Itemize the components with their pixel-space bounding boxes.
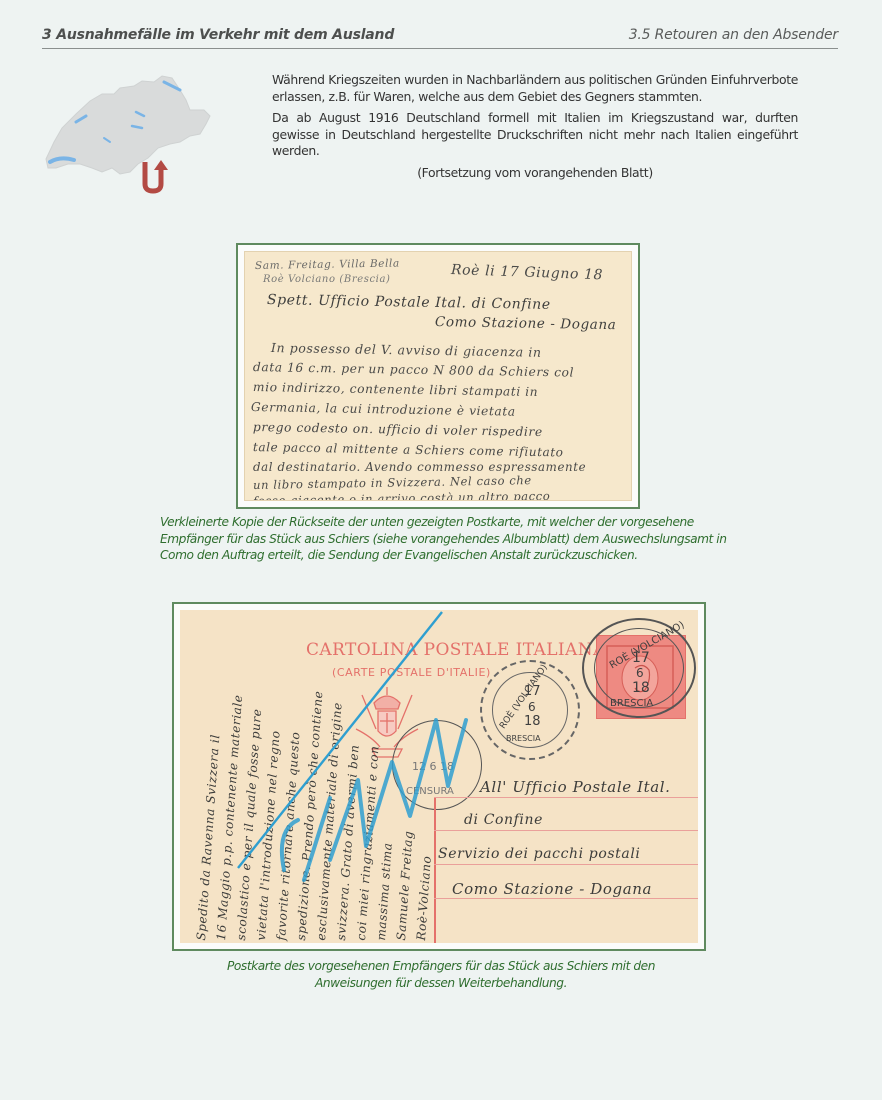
postmark-month: 6 — [528, 700, 536, 714]
section-title: 3.5 Retouren an den Absender — [629, 27, 838, 43]
u-turn-arrow-icon — [145, 160, 168, 191]
address-rule — [434, 830, 698, 831]
side-message-line: Samuele Freitag — [394, 830, 416, 941]
handwriting-line: prego codesto on. ufficio di voler rispe… — [253, 420, 543, 439]
postcard-front-image: CARTOLINA POSTALE ITALIANA (CARTE POSTAL… — [172, 602, 706, 951]
page-header: 3 Ausnahmefälle im Verkehr mit dem Ausla… — [42, 26, 838, 49]
handwriting-line: mio indirizzo, contenente libri stampati… — [253, 380, 538, 399]
side-message-line: massima stima — [374, 842, 395, 941]
postmark-year: 18 — [632, 680, 650, 696]
caption-front: Postkarte des vorgesehenen Empfängers fü… — [200, 958, 682, 991]
switzerland-map-icon — [40, 64, 220, 194]
postcard-title: CARTOLINA POSTALE ITALIANA — [306, 640, 606, 660]
postmark-day: 17 — [524, 684, 541, 699]
postcard-back-handwriting: Sam. Freitag. Villa BellaRoè Volciano (B… — [244, 251, 632, 501]
handwriting-line: data 16 c.m. per un pacco N 800 da Schie… — [253, 360, 574, 380]
postmark-day: 17 — [632, 650, 650, 666]
address-rule — [434, 898, 698, 899]
intro-text: Während Kriegszeiten wurden in Nachbarlä… — [272, 72, 798, 186]
postmark-region: BRESCIA — [610, 698, 653, 709]
postmark-region: BRESCIA — [506, 734, 541, 743]
handwriting-line: In possesso del V. avviso di giacenza in — [271, 340, 542, 360]
chapter-title: 3 Ausnahmefälle im Verkehr mit dem Ausla… — [42, 27, 394, 43]
handwriting-line: Sam. Freitag. Villa Bella — [255, 257, 400, 272]
address-rule — [434, 797, 698, 798]
address-divider — [434, 798, 436, 943]
handwriting-line: dal destinatario. Avendo commesso espres… — [253, 460, 586, 474]
intro-paragraph: Da ab August 1916 Deutschland formell mi… — [272, 110, 798, 160]
censor-text: CENSURA — [406, 786, 454, 797]
handwriting-line: Roè li 17 Giugno 18 — [451, 262, 604, 283]
handwriting-line: Spett. Ufficio Postale Ital. di Confine — [267, 292, 551, 313]
handwriting-line: Germania, la cui introduzione è vietata — [251, 400, 516, 419]
postcard-back-image: Sam. Freitag. Villa BellaRoè Volciano (B… — [236, 243, 640, 509]
handwriting-line: Como Stazione - Dogana — [435, 314, 617, 333]
address-line: di Confine — [464, 812, 543, 828]
intro-paragraph: Während Kriegszeiten wurden in Nachbarlä… — [272, 72, 798, 105]
postcard-front: CARTOLINA POSTALE ITALIANA (CARTE POSTAL… — [180, 610, 698, 943]
postmark-month: 6 — [636, 666, 644, 680]
postcard-subtitle: (CARTE POSTALE D'ITALIE) — [332, 666, 491, 679]
address-line: Como Stazione - Dogana — [452, 880, 652, 898]
continuation-note: (Fortsetzung vom vorangehenden Blatt) — [272, 165, 798, 182]
caption-back: Verkleinerte Kopie der Rückseite der unt… — [160, 514, 730, 564]
handwriting-line: tale pacco al mittente a Schiers come ri… — [253, 440, 564, 459]
address-line: All' Ufficio Postale Ital. — [480, 778, 671, 796]
address-line: Servizio dei pacchi postali — [438, 846, 641, 862]
postmark-year: 18 — [524, 714, 541, 729]
address-rule — [434, 864, 698, 865]
side-message-line: Roè-Volciano — [414, 855, 434, 941]
censor-date: 12 6 18 — [412, 760, 454, 773]
handwriting-line: Roè Volciano (Brescia) — [263, 274, 391, 285]
